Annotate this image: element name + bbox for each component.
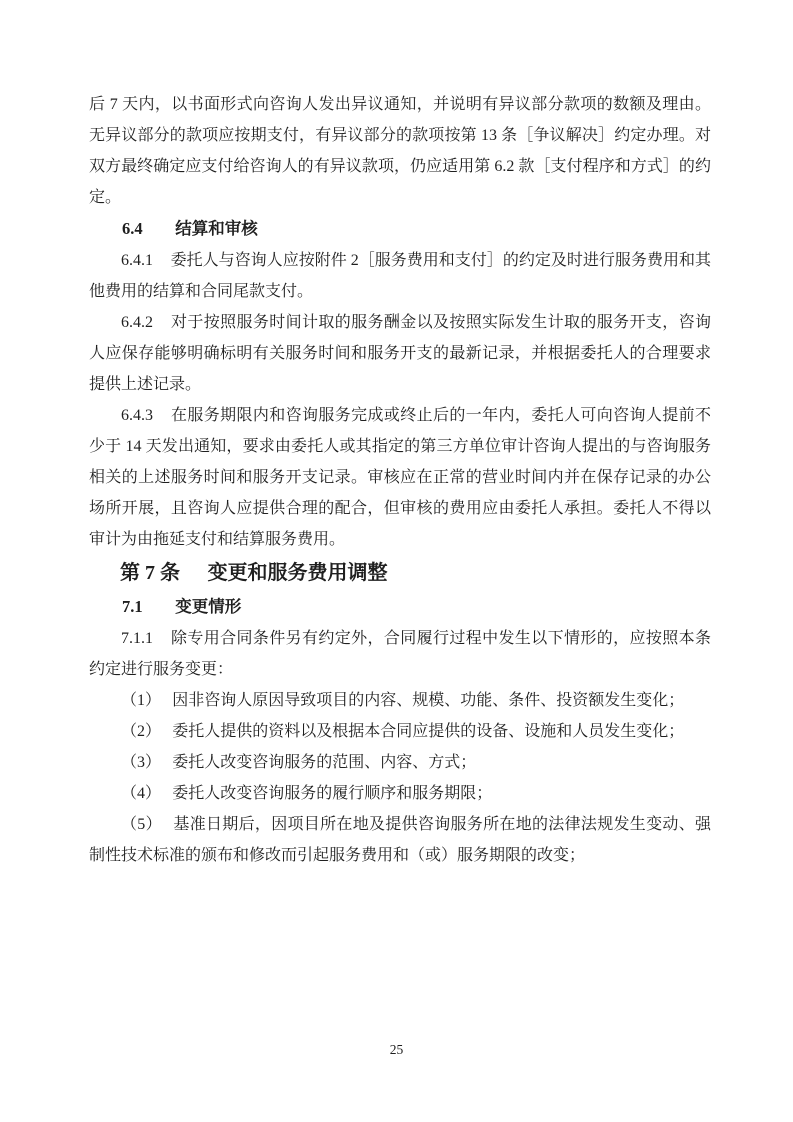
clause-number: 7.1.1 [121,630,153,647]
article-number: 第 7 条 [120,562,180,584]
clause-number: 6.4.2 [121,314,153,331]
list-item-marker: （3） [121,754,161,771]
list-item-3: （3） 委托人改变咨询服务的范围、内容、方式； [89,747,711,778]
section-title: 变更情形 [175,598,241,616]
article-title: 变更和服务费用调整 [208,562,388,584]
clause-text: 在服务期限内和咨询服务完成或终止后的一年内，委托人可向咨询人提前不少于 14 天… [89,407,711,548]
section-heading-6-4: 6.4 结算和审核 [89,213,711,245]
list-item-text: 委托人改变咨询服务的履行顺序和服务期限； [172,785,492,802]
page-footer: 25 [0,1041,793,1059]
list-item-marker: （4） [121,785,161,802]
list-item-2: （2） 委托人提供的资料以及根据本合同应提供的设备、设施和人员发生变化； [89,716,711,747]
document-page: 后 7 天内，以书面形式向咨询人发出异议通知，并说明有异议部分款项的数额及理由。… [0,0,793,1122]
list-item-marker: （1） [121,692,161,709]
section-number: 6.4 [122,219,143,238]
clause-7-1-1: 7.1.1 除专用合同条件另有约定外，合同履行过程中发生以下情形的，应按照本条约… [89,623,711,685]
section-title: 结算和审核 [175,220,258,238]
clause-text: 对于按照服务时间计取的服务酬金以及按照实际发生计取的服务开支，咨询人应保存能够明… [89,314,711,393]
section-number: 7.1 [122,597,143,616]
clause-number: 6.4.3 [121,407,153,424]
list-item-text: 委托人提供的资料以及根据本合同应提供的设备、设施和人员发生变化； [172,723,684,740]
clause-text: 委托人与咨询人应按附件 2［服务费用和支付］的约定及时进行服务费用和其他费用的结… [89,252,711,300]
paragraph-continuation-text: 后 7 天内，以书面形式向咨询人发出异议通知，并说明有异议部分款项的数额及理由。… [89,96,711,206]
clause-6-4-2: 6.4.2 对于按照服务时间计取的服务酬金以及按照实际发生计取的服务开支，咨询人… [89,307,711,400]
list-item-marker: （5） [121,816,162,833]
list-item-4: （4） 委托人改变咨询服务的履行顺序和服务期限； [89,778,711,809]
list-item-1: （1） 因非咨询人原因导致项目的内容、规模、功能、条件、投资额发生变化； [89,685,711,716]
page-number: 25 [390,1042,404,1057]
clause-number: 6.4.1 [121,252,153,269]
article-heading-7: 第 7 条 变更和服务费用调整 [89,555,711,591]
list-item-text: 委托人改变咨询服务的范围、内容、方式； [172,754,476,771]
clause-6-4-3: 6.4.3 在服务期限内和咨询服务完成或终止后的一年内，委托人可向咨询人提前不少… [89,400,711,555]
section-heading-7-1: 7.1 变更情形 [89,591,711,623]
paragraph-continuation: 后 7 天内，以书面形式向咨询人发出异议通知，并说明有异议部分款项的数额及理由。… [89,89,711,213]
clause-text: 除专用合同条件另有约定外，合同履行过程中发生以下情形的，应按照本条约定进行服务变… [89,630,711,678]
list-item-text: 基准日期后，因项目所在地及提供咨询服务所在地的法律法规发生变动、强制性技术标准的… [89,816,711,864]
list-item-5: （5） 基准日期后，因项目所在地及提供咨询服务所在地的法律法规发生变动、强制性技… [89,809,711,871]
list-item-text: 因非咨询人原因导致项目的内容、规模、功能、条件、投资额发生变化； [172,692,684,709]
list-item-marker: （2） [121,723,161,740]
clause-6-4-1: 6.4.1 委托人与咨询人应按附件 2［服务费用和支付］的约定及时进行服务费用和… [89,245,711,307]
page-content: 后 7 天内，以书面形式向咨询人发出异议通知，并说明有异议部分款项的数额及理由。… [89,89,711,871]
